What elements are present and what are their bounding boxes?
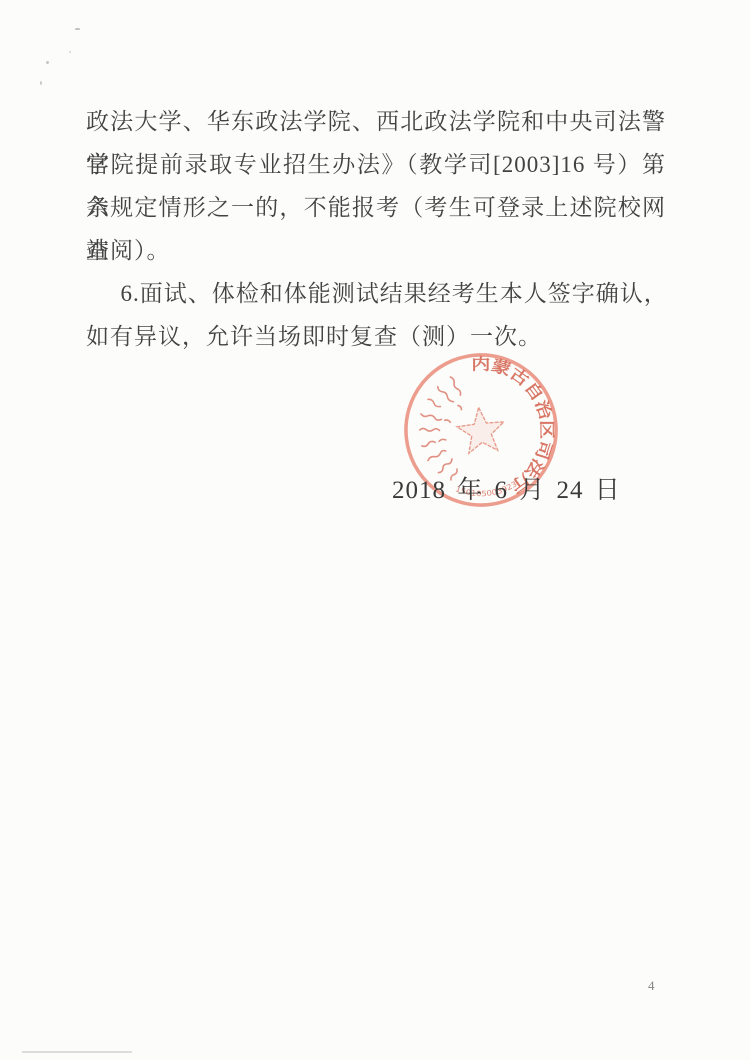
scan-speck [69,51,71,53]
text-line: 条规定情形之一的，不能报考（考生可登录上述院校网站 [86,186,666,229]
scan-speck [40,81,42,85]
paragraph-item-6: 6.面试、体检和体能测试结果经考生本人签字确认， 如有异议，允许当场即时复查（测… [86,272,666,358]
scan-speck [75,28,80,30]
scan-speck [46,61,49,64]
text-line: 6.面试、体检和体能测试结果经考生本人签字确认， [86,272,666,315]
seal-star-icon [455,405,506,454]
page-number: 4 [648,978,655,994]
text-line: 如有异议，允许当场即时复查（测）一次。 [86,315,666,358]
text-line: 学院提前录取专业招生办法》（教学司[2003]16 号）第六 [86,143,666,186]
issue-date: 2018 年 6 月 24 日 [392,470,621,506]
scanned-document-page: 政法大学、华东政法学院、西北政法学院和中央司法警官 学院提前录取专业招生办法》（… [0,0,750,1060]
body-text: 政法大学、华东政法学院、西北政法学院和中央司法警官 学院提前录取专业招生办法》（… [86,100,666,358]
scan-artifact-line [22,1051,132,1053]
paragraph-continuation: 政法大学、华东政法学院、西北政法学院和中央司法警官 学院提前录取专业招生办法》（… [86,100,666,272]
text-line: 查阅）。 [86,229,666,272]
text-line: 政法大学、华东政法学院、西北政法学院和中央司法警官 [86,100,666,143]
